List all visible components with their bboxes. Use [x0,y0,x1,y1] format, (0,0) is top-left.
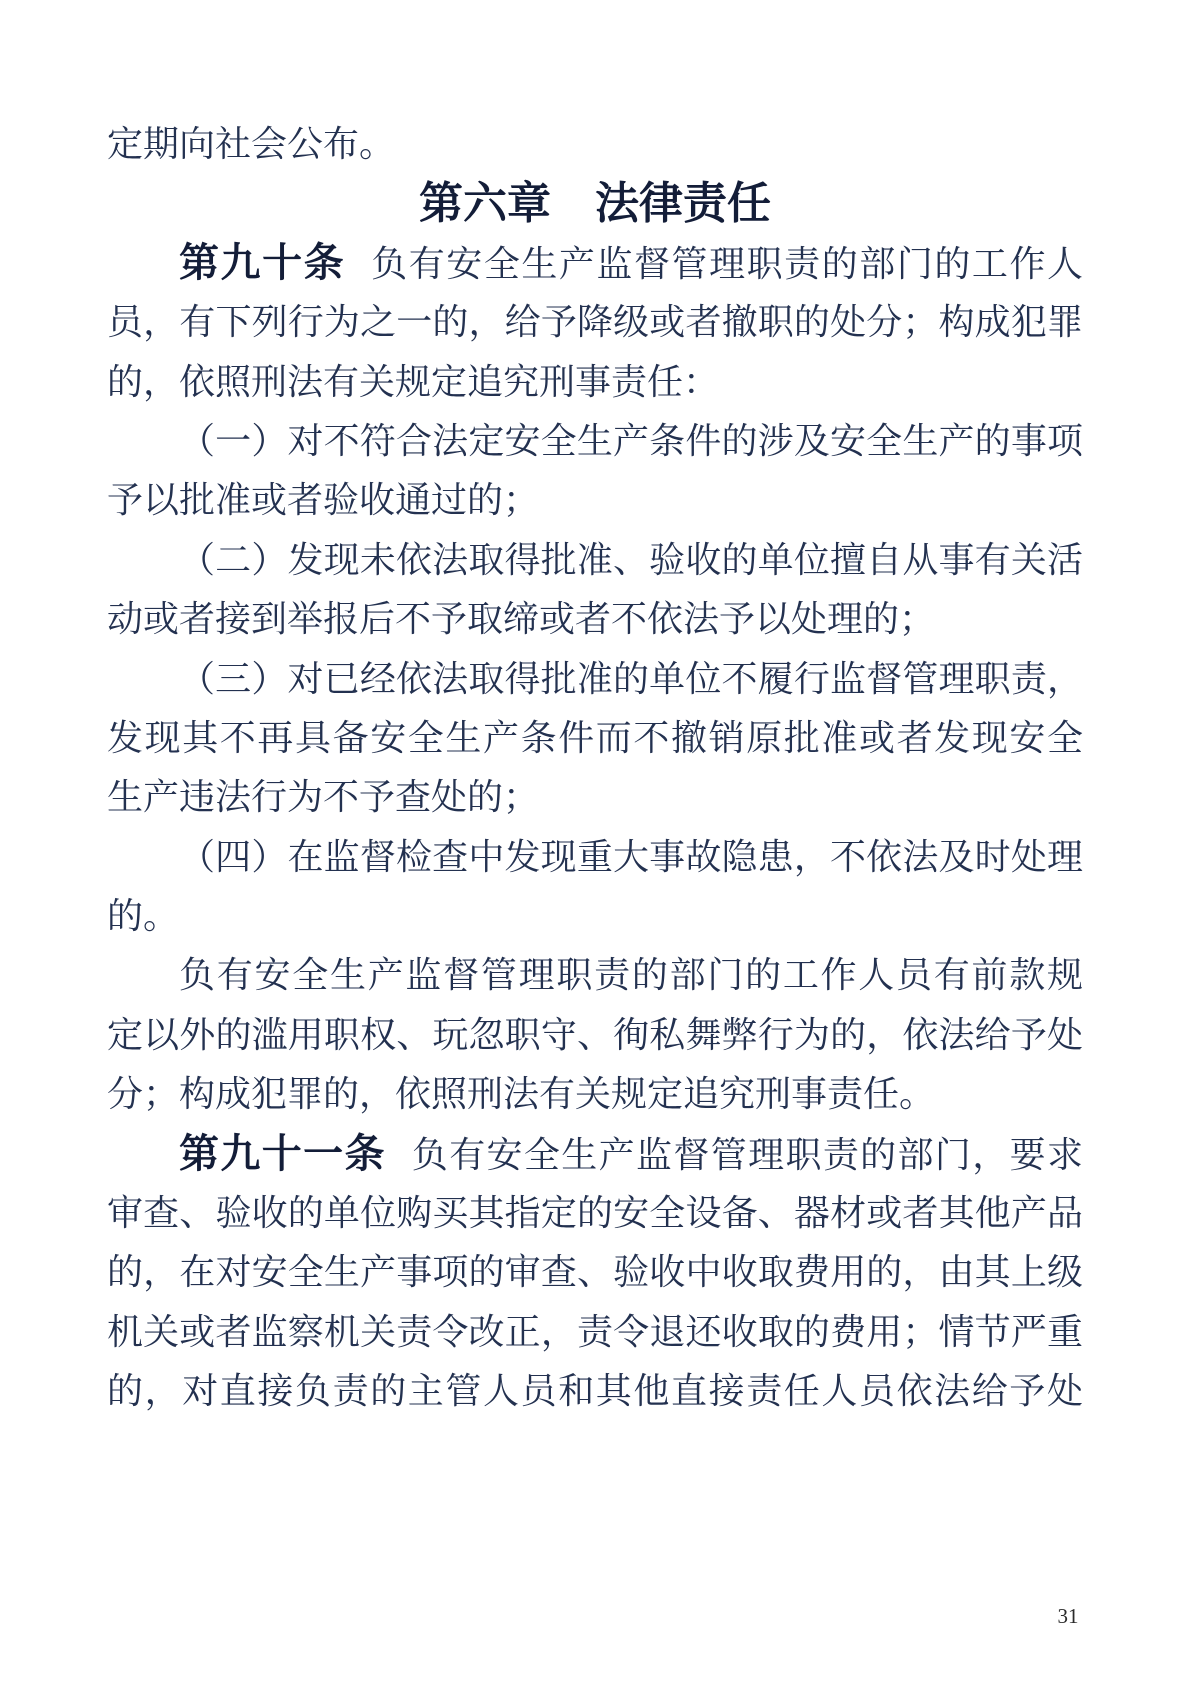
text-line: 员，有下列行为之一的，给予降级或者撤职的处分；构成犯罪 [107,293,1083,352]
text-line: 机关或者监察机关责令改正，责令退还收取的费用；情节严重 [107,1303,1083,1362]
list-item-3-line: （三）对已经依法取得批准的单位不履行监督管理职责， [107,650,1083,709]
text-line: 动或者接到举报后不予取缔或者不依法予以处理的； [107,590,1083,649]
list-item-1-line: （一）对不符合法定安全生产条件的涉及安全生产的事项 [107,412,1083,471]
chapter-heading: 第六章 法律责任 [107,174,1083,233]
paragraph-line: 负有安全生产监督管理职责的部门的工作人员有前款规 [107,946,1083,1005]
text-line: 予以批准或者验收通过的； [107,471,1083,530]
text-line: 的，对直接负责的主管人员和其他直接责任人员依法给予处 [107,1362,1083,1421]
text-line: 生产违法行为不予查处的； [107,768,1083,827]
page-number: 31 [1046,1596,1090,1636]
text-column: 定期向社会公布。 第六章 法律责任 第九十条负有安全生产监督管理职责的部门的工作… [107,115,1083,1422]
text-line: 定以外的滥用职权、玩忽职守、徇私舞弊行为的，依法给予处 [107,1006,1083,1065]
text-line: 分；构成犯罪的，依照刑法有关规定追究刑事责任。 [107,1065,1083,1124]
document-page: 定期向社会公布。 第六章 法律责任 第九十条负有安全生产监督管理职责的部门的工作… [0,0,1190,1683]
list-item-4-line: （四）在监督检查中发现重大事故隐患，不依法及时处理 [107,828,1083,887]
list-item-2-line: （二）发现未依法取得批准、验收的单位擅自从事有关活 [107,531,1083,590]
text-line: 的，依照刑法有关规定追究刑事责任： [107,353,1083,412]
article-91-first-line: 第九十一条负有安全生产监督管理职责的部门，要求被 [107,1125,1083,1184]
article-number: 第九十一条 [179,1132,386,1176]
text-line: 定期向社会公布。 [107,115,1083,174]
text-line: 审查、验收的单位购买其指定的安全设备、器材或者其他产品 [107,1184,1083,1243]
text-line: 的，在对安全生产事项的审查、验收中收取费用的，由其上级 [107,1243,1083,1302]
text-line: 负有安全生产监督管理职责的部门的工作人 [371,244,1083,284]
text-line: 发现其不再具备安全生产条件而不撤销原批准或者发现安全 [107,709,1083,768]
article-90-first-line: 第九十条负有安全生产监督管理职责的部门的工作人 [107,234,1083,293]
text-line: 的。 [107,887,1083,946]
article-number: 第九十条 [179,241,345,285]
